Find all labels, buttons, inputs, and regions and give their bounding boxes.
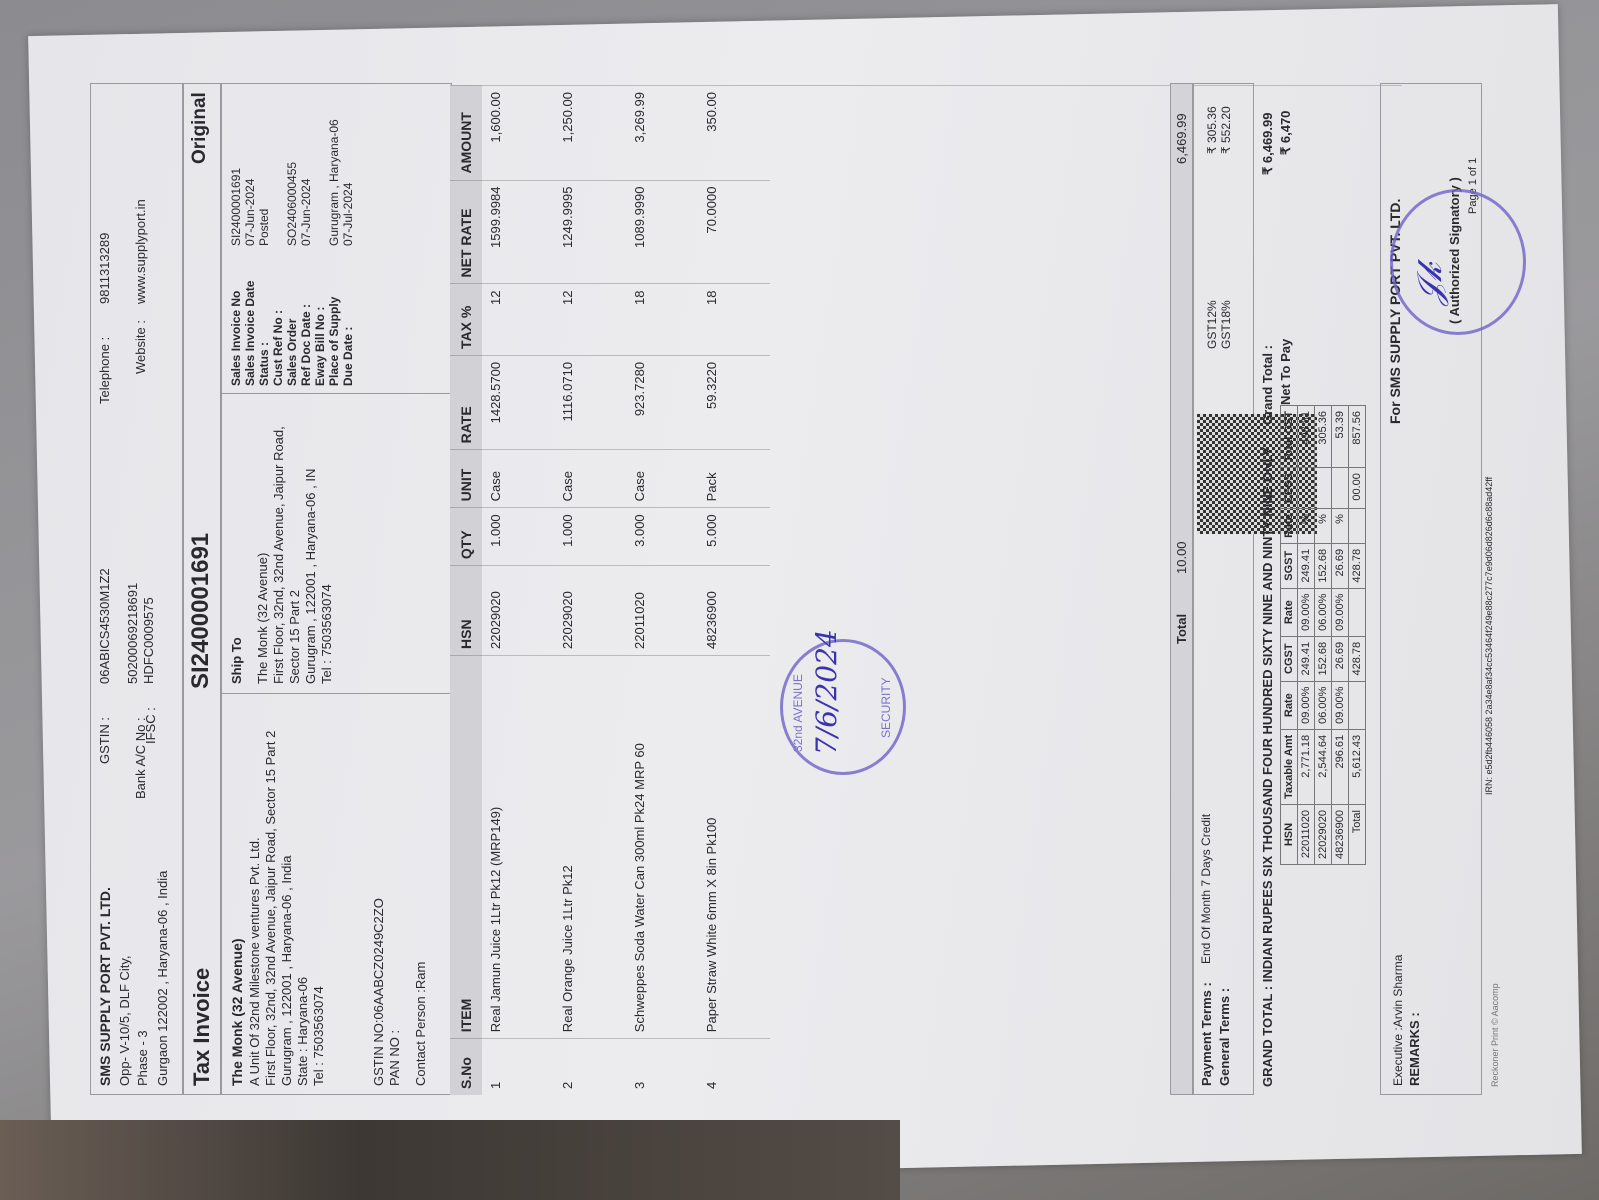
meta-row: Eway Bill No : [313, 119, 327, 386]
gst-cell: 09.00% [1332, 681, 1349, 729]
doc-title: Tax Invoice [189, 968, 215, 1086]
handwritten-date: 7/6/2024 [810, 629, 843, 755]
total-label: Total [1174, 614, 1189, 644]
stamp-sub: SECURITY [879, 677, 893, 738]
gst-cell: 26.69 [1332, 543, 1349, 588]
gst-column-header: Rate [1281, 509, 1298, 544]
bill-to-name: The Monk (32 Avenue) [229, 938, 245, 1086]
meta-row: Due Date :07-Jul-2024 [341, 119, 355, 386]
gst-cell [1349, 509, 1366, 544]
table-cell: 1.000 [554, 508, 626, 566]
table-cell: 18 [698, 284, 770, 355]
meta-value: Posted [257, 209, 271, 246]
table-cell: 2 [554, 1039, 626, 1095]
meta-row: Cust Ref No : [271, 119, 285, 386]
net-to-pay-value: ₹ 6,470 [1278, 111, 1294, 155]
table-cell: 1428.5700 [482, 355, 554, 449]
gst-summary-table: HSNTaxable AmtRateCGSTRateSGSTRateCESSTo… [1280, 405, 1366, 865]
table-cell: Schweppes Soda Water Can 300ml Pk24 MRP … [626, 655, 698, 1038]
column-header: AMOUNT [450, 86, 482, 181]
stamp-text: 32nd AVENUE [791, 674, 805, 752]
meta-label: Status : [257, 246, 271, 386]
meta-row: Ref Doc Date :07-Jun-2024 [299, 119, 313, 386]
gst-cell: 152.68 [1315, 636, 1332, 681]
payment-terms-label: Payment Terms : [1199, 982, 1214, 1086]
gst-cell: % [1315, 509, 1332, 544]
irn: IRN: e5d2fb446058 2a34e8af34cc53464f249e… [1484, 477, 1494, 795]
gst-column-header: HSN [1281, 805, 1298, 865]
gst-cell: 249.41 [1298, 636, 1315, 681]
ship-to-line: Tel : 7503563074 [319, 584, 334, 684]
bill-to-pan: PAN NO : [387, 1030, 402, 1086]
bank-account: 50200069218691 [125, 583, 140, 684]
meta-row: Sales Invoice Date07-Jun-2024 [243, 119, 257, 386]
meta-label: Sales Order [285, 246, 299, 386]
company-name: SMS SUPPLY PORT PVT. LTD. [97, 887, 113, 1086]
gst-cell: 428.78 [1349, 636, 1366, 681]
meta-label: Sales Invoice Date [243, 246, 257, 386]
gst-cell [1349, 588, 1366, 636]
column-header: RATE [450, 355, 482, 449]
total-amount: 6,469.99 [1174, 113, 1189, 164]
gst-cell: Total [1349, 805, 1366, 865]
receiver-stamp: 32nd AVENUE SECURITY [780, 639, 906, 775]
meta-value: 07-Jun-2024 [243, 179, 257, 246]
grand-total-words: GRAND TOTAL : INDIAN RUPEES SIX THOUSAND… [1260, 437, 1275, 1087]
gst-column-header: Rate [1281, 681, 1298, 729]
gst-cell: 48236900 [1332, 805, 1349, 865]
table-cell: 12 [554, 284, 626, 355]
gst-column-header: Rate [1281, 588, 1298, 636]
ship-to-line: Sector 15 Part 2 [287, 590, 302, 684]
gst-cell: % [1298, 509, 1315, 544]
meta-row: Sales OrderSO2406000455 [285, 119, 299, 386]
meta-label: Due Date : [341, 246, 355, 386]
table-cell: 18 [626, 284, 698, 355]
column-header: NET RATE [450, 180, 482, 284]
gst-cell: 00.00 [1349, 468, 1366, 509]
table-cell: Real Orange Juice 1Ltr Pk12 [554, 655, 626, 1038]
table-cell: 1116.0710 [554, 355, 626, 449]
gst-cell: 26.69 [1332, 636, 1349, 681]
meta-label: Ref Doc Date : [299, 246, 313, 386]
gst-row: 220110202,771.1809.00%249.4109.00%249.41… [1298, 405, 1315, 864]
gst18-label: GST18% [1219, 300, 1233, 349]
table-cell: Pack [698, 450, 770, 508]
ifsc-code: HDFC0009575 [141, 597, 156, 684]
meta-label: Place of Supply [327, 246, 341, 386]
meta-label: Cust Ref No : [271, 246, 285, 386]
gst-cell: 09.00% [1298, 681, 1315, 729]
tax-invoice-sheet: SMS SUPPLY PORT PVT. LTD. Opp- V-10/5, D… [90, 85, 1510, 1095]
meta-value: SO2406000455 [285, 162, 299, 246]
bill-to-line: State : Haryana-06 [295, 977, 310, 1086]
items-total-row: Total 10.00 6,469.99 [1170, 83, 1194, 1095]
bill-to-gstin: GSTIN NO:06AABCZ0249C2ZO [371, 898, 386, 1086]
meta-label: Eway Bill No : [313, 246, 327, 386]
table-cell: 4 [698, 1039, 770, 1095]
gst-column-header: CGST [1281, 636, 1298, 681]
gst-cell: 305.36 [1315, 405, 1332, 467]
ifsc-label: IFSC : [143, 707, 158, 744]
meta-value: Gurugram , Haryana-06 [327, 119, 341, 246]
column-header: QTY [450, 508, 482, 566]
gst12-value: ₹ 305.36 [1205, 106, 1219, 154]
table-cell: 5.000 [698, 508, 770, 566]
parties-section: The Monk (32 Avenue) A Unit Of 32nd Mile… [220, 83, 452, 1095]
telephone: 9811313289 [97, 233, 112, 304]
column-header: ITEM [450, 655, 482, 1038]
signature: 𝒥𝓀 [1410, 263, 1450, 305]
gst-cell: 06.00% [1315, 681, 1332, 729]
bill-to-line: A Unit Of 32nd Milestone ventures Pvt. L… [247, 837, 262, 1086]
column-header: HSN [450, 566, 482, 656]
company-header: SMS SUPPLY PORT PVT. LTD. Opp- V-10/5, D… [90, 83, 184, 1095]
table-cell: Case [554, 450, 626, 508]
meta-value: 07-Jun-2024 [299, 179, 313, 246]
table-row: 1Real Jamun Juice 1Ltr Pk12 (MRP149)2202… [482, 86, 554, 1096]
gst12-label: GST12% [1205, 300, 1219, 349]
gst-cell [1349, 681, 1366, 729]
table-cell: 12 [482, 284, 554, 355]
ship-to-line: First Floor, 32nd, 32nd Avenue, Jaipur R… [271, 426, 286, 684]
gst-cell: 09.00% [1298, 588, 1315, 636]
meta-label: Sales Invoice No [229, 246, 243, 386]
column-header: TAX % [450, 284, 482, 355]
ship-to-line: The Monk (32 Avenue) [255, 553, 270, 684]
gst-row: Total5,612.43428.78428.7800.00857.56 [1349, 405, 1366, 864]
net-to-pay-label: Net To Pay [1278, 339, 1293, 405]
remarks-label: REMARKS : [1407, 1012, 1422, 1086]
gst-cell: 53.39 [1332, 405, 1349, 467]
gst-cell: 857.56 [1349, 405, 1366, 467]
gst-cell: 5,612.43 [1349, 729, 1366, 804]
meta-row: Status :Posted [257, 119, 271, 386]
title-bar: Tax Invoice SI2400001691 Original [182, 83, 222, 1095]
company-stamp [1390, 189, 1526, 335]
gstin-label: GSTIN : [97, 717, 112, 764]
gst-cell: 498.81 [1298, 405, 1315, 467]
gst-cell [1298, 468, 1315, 509]
payment-terms: End Of Month 7 Days Credit [1199, 814, 1213, 964]
gst-column-header: Taxable Amt [1281, 729, 1298, 804]
table-cell: 1089.9990 [626, 180, 698, 284]
grand-total-value: ₹ 6,469.99 [1260, 113, 1276, 176]
meta-row: Sales Invoice NoSI2400001691 [229, 119, 243, 386]
meta-value: 07-Jul-2024 [341, 183, 355, 246]
ship-to-line: Gurugram , 122001 , Haryana-06 , IN [303, 469, 318, 684]
gst-cell: 428.78 [1349, 543, 1366, 588]
gst-cell: 152.68 [1315, 543, 1332, 588]
print-credit: Reckoner Print © Aacomp [1490, 983, 1500, 1087]
table-cell: 1249.9995 [554, 180, 626, 284]
table-cell: 59.3220 [698, 355, 770, 449]
table-cell: 22029020 [554, 566, 626, 656]
company-gstin: 06ABICS4530M1Z2 [97, 568, 112, 684]
ship-to-label: Ship To [229, 637, 244, 684]
table-cell: Paper Straw White 6mm X 8in Pk100 [698, 655, 770, 1038]
general-terms-label: General Terms : [1217, 988, 1232, 1086]
gst-cell: % [1332, 509, 1349, 544]
contact-person: Contact Person :Ram [413, 962, 428, 1086]
invoice-number: SI2400001691 [187, 533, 215, 689]
gst-cell: 296.61 [1332, 729, 1349, 804]
gst-cell: 249.41 [1298, 543, 1315, 588]
executive: Executive :Arvin Sharma [1391, 955, 1405, 1086]
terms-section: Payment Terms : End Of Month 7 Days Cred… [1192, 83, 1254, 1095]
table-cell: 1 [482, 1039, 554, 1095]
gst-row: 48236900296.6109.00%26.6909.00%26.69%53.… [1332, 405, 1349, 864]
company-address-2: Phase - 3 [135, 1030, 150, 1086]
table-cell: 22011020 [626, 566, 698, 656]
bill-to-line: Gurugram , 122001 , Haryana-06 , India [279, 855, 294, 1086]
bill-to-line: Tel : 7503563074 [311, 986, 326, 1086]
gst-cell: 2,771.18 [1298, 729, 1315, 804]
gst-column-header: SGST [1281, 543, 1298, 588]
gst-cell [1332, 468, 1349, 509]
table-cell: 1,600.00 [482, 86, 554, 181]
gst-cell [1315, 468, 1332, 509]
meta-row: Place of SupplyGurugram , Haryana-06 [327, 119, 341, 386]
column-header: UNIT [450, 450, 482, 508]
bill-to-line: First Floor, 32nd, 32nd Avenue, Jaipur R… [263, 731, 278, 1086]
table-cell: Real Jamun Juice 1Ltr Pk12 (MRP149) [482, 655, 554, 1038]
table-cell: 70.0000 [698, 180, 770, 284]
table-cell: Case [626, 450, 698, 508]
gst-column-header: CESS [1281, 468, 1298, 509]
table-row: 3Schweppes Soda Water Can 300ml Pk24 MRP… [626, 86, 698, 1096]
company-address-1: Opp- V-10/5, DLF City, [117, 955, 132, 1086]
meta-value: SI2400001691 [229, 168, 243, 246]
table-cell: 3.000 [626, 508, 698, 566]
table-cell: 3 [626, 1039, 698, 1095]
gst-cell: 2,544.64 [1315, 729, 1332, 804]
website-label: Website : [133, 320, 148, 374]
floor-background [0, 1120, 900, 1200]
telephone-label: Telephone : [97, 337, 112, 404]
invoice-meta: Sales Invoice NoSI2400001691Sales Invoic… [229, 119, 355, 386]
table-cell: 1,250.00 [554, 86, 626, 181]
table-cell: 48236900 [698, 566, 770, 656]
website-link[interactable]: www.supplyport.in [133, 199, 148, 304]
grand-total-label: Grand Total : [1260, 345, 1275, 425]
table-row: 2Real Orange Juice 1Ltr Pk12220290201.00… [554, 86, 626, 1096]
gst-cell: 09.00% [1332, 588, 1349, 636]
gst-cell: 22011020 [1298, 805, 1315, 865]
table-cell: 3,269.99 [626, 86, 698, 181]
table-row: 4Paper Straw White 6mm X 8in Pk100482369… [698, 86, 770, 1096]
table-cell: 1.000 [482, 508, 554, 566]
copy-label: Original [189, 92, 211, 164]
table-cell: 350.00 [698, 86, 770, 181]
gst18-value: ₹ 552.20 [1219, 106, 1233, 154]
column-header: S.No [450, 1039, 482, 1095]
gst-cell: 06.00% [1315, 588, 1332, 636]
gst-cell: 22029020 [1315, 805, 1332, 865]
gst-column-header: Total GST [1281, 405, 1298, 467]
gst-row: 220290202,544.6406.00%152.6806.00%152.68… [1315, 405, 1332, 864]
table-cell: 22029020 [482, 566, 554, 656]
total-qty: 10.00 [1174, 541, 1189, 574]
company-address-3: Gurgaon 122002 , Haryana-06 , India [155, 871, 170, 1086]
table-cell: Case [482, 450, 554, 508]
table-cell: 923.7280 [626, 355, 698, 449]
table-cell: 1599.9984 [482, 180, 554, 284]
